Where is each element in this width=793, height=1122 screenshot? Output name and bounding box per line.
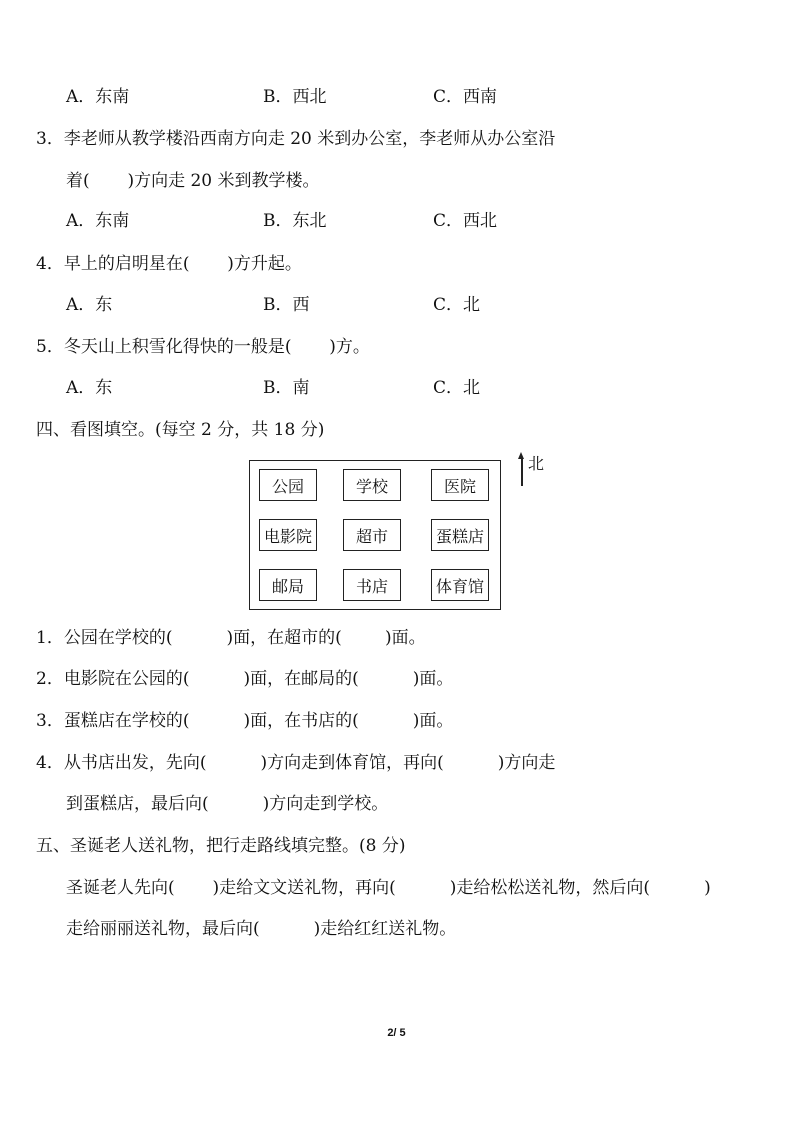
map-cell-hospital: 医院 xyxy=(431,469,489,501)
map-cell-cake-shop: 蛋糕店 xyxy=(431,519,489,551)
map-cell-bookstore: 书店 xyxy=(343,569,401,601)
q2-option-c: C．西南 xyxy=(433,86,497,108)
q5-option-b: B．南 xyxy=(263,377,310,399)
q2-option-b: B．西北 xyxy=(263,86,327,108)
q3-text-line2: 着( )方向走 20 米到教学楼。 xyxy=(66,170,320,192)
section4-question-4-cont: 到蛋糕店，最后向( )方向走到学校。 xyxy=(66,793,388,815)
section4-question-1: 1．公园在学校的( )面，在超市的( )面。 xyxy=(36,627,426,649)
q3-option-a: A．东南 xyxy=(66,210,129,232)
map-cell-park: 公园 xyxy=(259,469,317,501)
section5-title: 五、圣诞老人送礼物，把行走路线填完整。(8 分) xyxy=(36,835,405,857)
map-cell-post-office: 邮局 xyxy=(259,569,317,601)
map-cell-gym: 体育馆 xyxy=(431,569,489,601)
section5-text-line2: 走给丽丽送礼物，最后向( )走给红红送礼物。 xyxy=(66,918,456,940)
map-cell-supermarket: 超市 xyxy=(343,519,401,551)
q4-text: 4．早上的启明星在( )方升起。 xyxy=(36,253,302,275)
section4-question-3: 3．蛋糕店在学校的( )面，在书店的( )面。 xyxy=(36,710,453,732)
page-number: 2/ 5 xyxy=(0,1027,793,1039)
q4-option-b: B．西 xyxy=(263,294,310,316)
q5-option-c: C．北 xyxy=(433,377,480,399)
north-arrow-icon: 北 xyxy=(516,452,556,488)
q5-option-a: A．东 xyxy=(66,377,112,399)
q4-option-a: A．东 xyxy=(66,294,112,316)
map-diagram: 公园 学校 医院 电影院 超市 蛋糕店 邮局 书店 体育馆 xyxy=(249,460,501,610)
section5-text-line1: 圣诞老人先向( )走给文文送礼物，再向( )走给松松送礼物，然后向( ) xyxy=(66,877,711,899)
q2-option-a: A．东南 xyxy=(66,86,129,108)
section4-question-2: 2．电影院在公园的( )面，在邮局的( )面。 xyxy=(36,668,453,690)
map-cell-school: 学校 xyxy=(343,469,401,501)
q3-option-c: C．西北 xyxy=(433,210,497,232)
q5-text: 5．冬天山上积雪化得快的一般是( )方。 xyxy=(36,336,370,358)
q3-option-b: B．东北 xyxy=(263,210,327,232)
q4-option-c: C．北 xyxy=(433,294,480,316)
map-cell-cinema: 电影院 xyxy=(259,519,317,551)
section4-question-4: 4．从书店出发，先向( )方向走到体育馆，再向( )方向走 xyxy=(36,752,555,774)
section4-title: 四、看图填空。(每空 2 分，共 18 分) xyxy=(36,419,324,441)
north-label: 北 xyxy=(528,451,544,474)
q3-text-line1: 3．李老师从教学楼沿西南方向走 20 米到办公室，李老师从办公室沿 xyxy=(36,128,555,150)
